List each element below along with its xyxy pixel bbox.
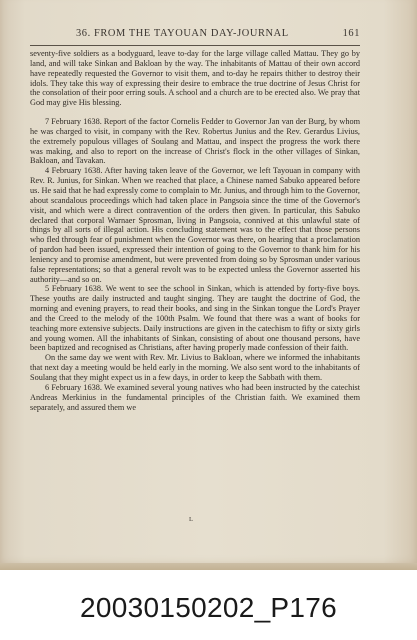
paragraph-entry-4-feb: 4 February 1638. After having taken leav…	[30, 166, 360, 284]
paragraph-report-7-feb: 7 February 1638. Report of the factor Co…	[30, 117, 360, 166]
paragraph-entry-6-feb: 6 February 1638. We examined several you…	[30, 383, 360, 413]
paragraph-same-day: On the same day we went with Rev. Mr. Li…	[30, 353, 360, 383]
running-head: 36. FROM THE TAYOUAN DAY-JOURNAL 161	[30, 28, 360, 44]
scanned-page: 36. FROM THE TAYOUAN DAY-JOURNAL 161 sev…	[0, 0, 417, 570]
page-edge	[0, 563, 417, 570]
page-number: 161	[343, 28, 360, 39]
body-text: seventy-five soldiers as a bodyguard, le…	[30, 49, 360, 412]
signature-mark: L	[189, 516, 193, 523]
image-caption: 20030150202_P176	[0, 592, 417, 624]
paragraph-continuation: seventy-five soldiers as a bodyguard, le…	[30, 49, 360, 108]
header-rule	[30, 45, 360, 46]
paragraph-entry-5-feb: 5 February 1638. We went to see the scho…	[30, 284, 360, 353]
running-head-title: 36. FROM THE TAYOUAN DAY-JOURNAL	[76, 28, 289, 39]
